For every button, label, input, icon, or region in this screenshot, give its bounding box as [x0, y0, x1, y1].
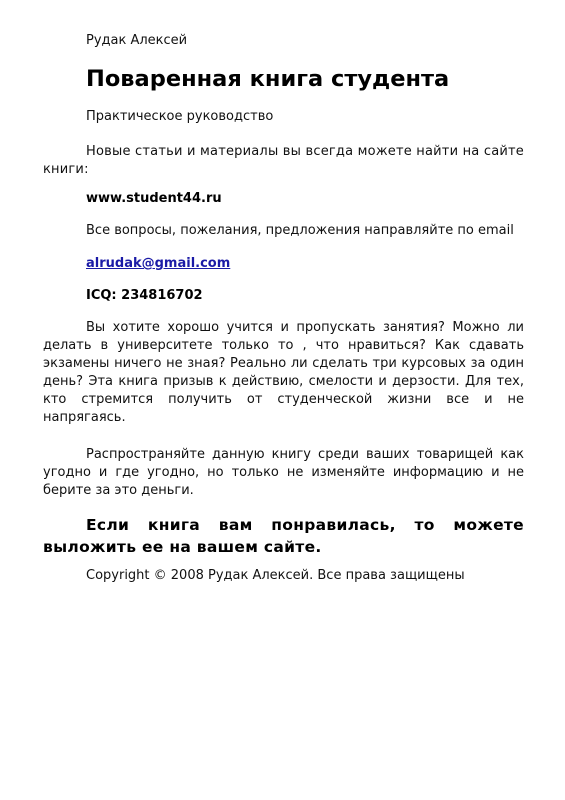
- intro-paragraph: Новые статьи и материалы вы всегда может…: [43, 143, 524, 179]
- contact-note: Все вопросы, пожелания, предложения напр…: [86, 222, 524, 240]
- book-title: Поваренная книга студента: [86, 62, 524, 96]
- share-paragraph: Распространяйте данную книгу среди ваших…: [43, 446, 524, 500]
- book-subtitle: Практическое руководство: [86, 108, 524, 126]
- icq-number: ICQ: 234816702: [86, 287, 524, 305]
- document-page: Рудак Алексей Поваренная книга студента …: [0, 0, 565, 800]
- author-name: Рудак Алексей: [86, 32, 524, 50]
- copyright-notice: Copyright © 2008 Рудак Алексей. Все прав…: [86, 567, 524, 585]
- body-paragraph: Вы хотите хорошо учится и пропускать зан…: [43, 319, 524, 427]
- callout-paragraph: Если книга вам понравилась, то можете вы…: [43, 514, 524, 558]
- email-link[interactable]: alrudak@gmail.com: [86, 255, 524, 273]
- website-text: www.student44.ru: [86, 190, 524, 208]
